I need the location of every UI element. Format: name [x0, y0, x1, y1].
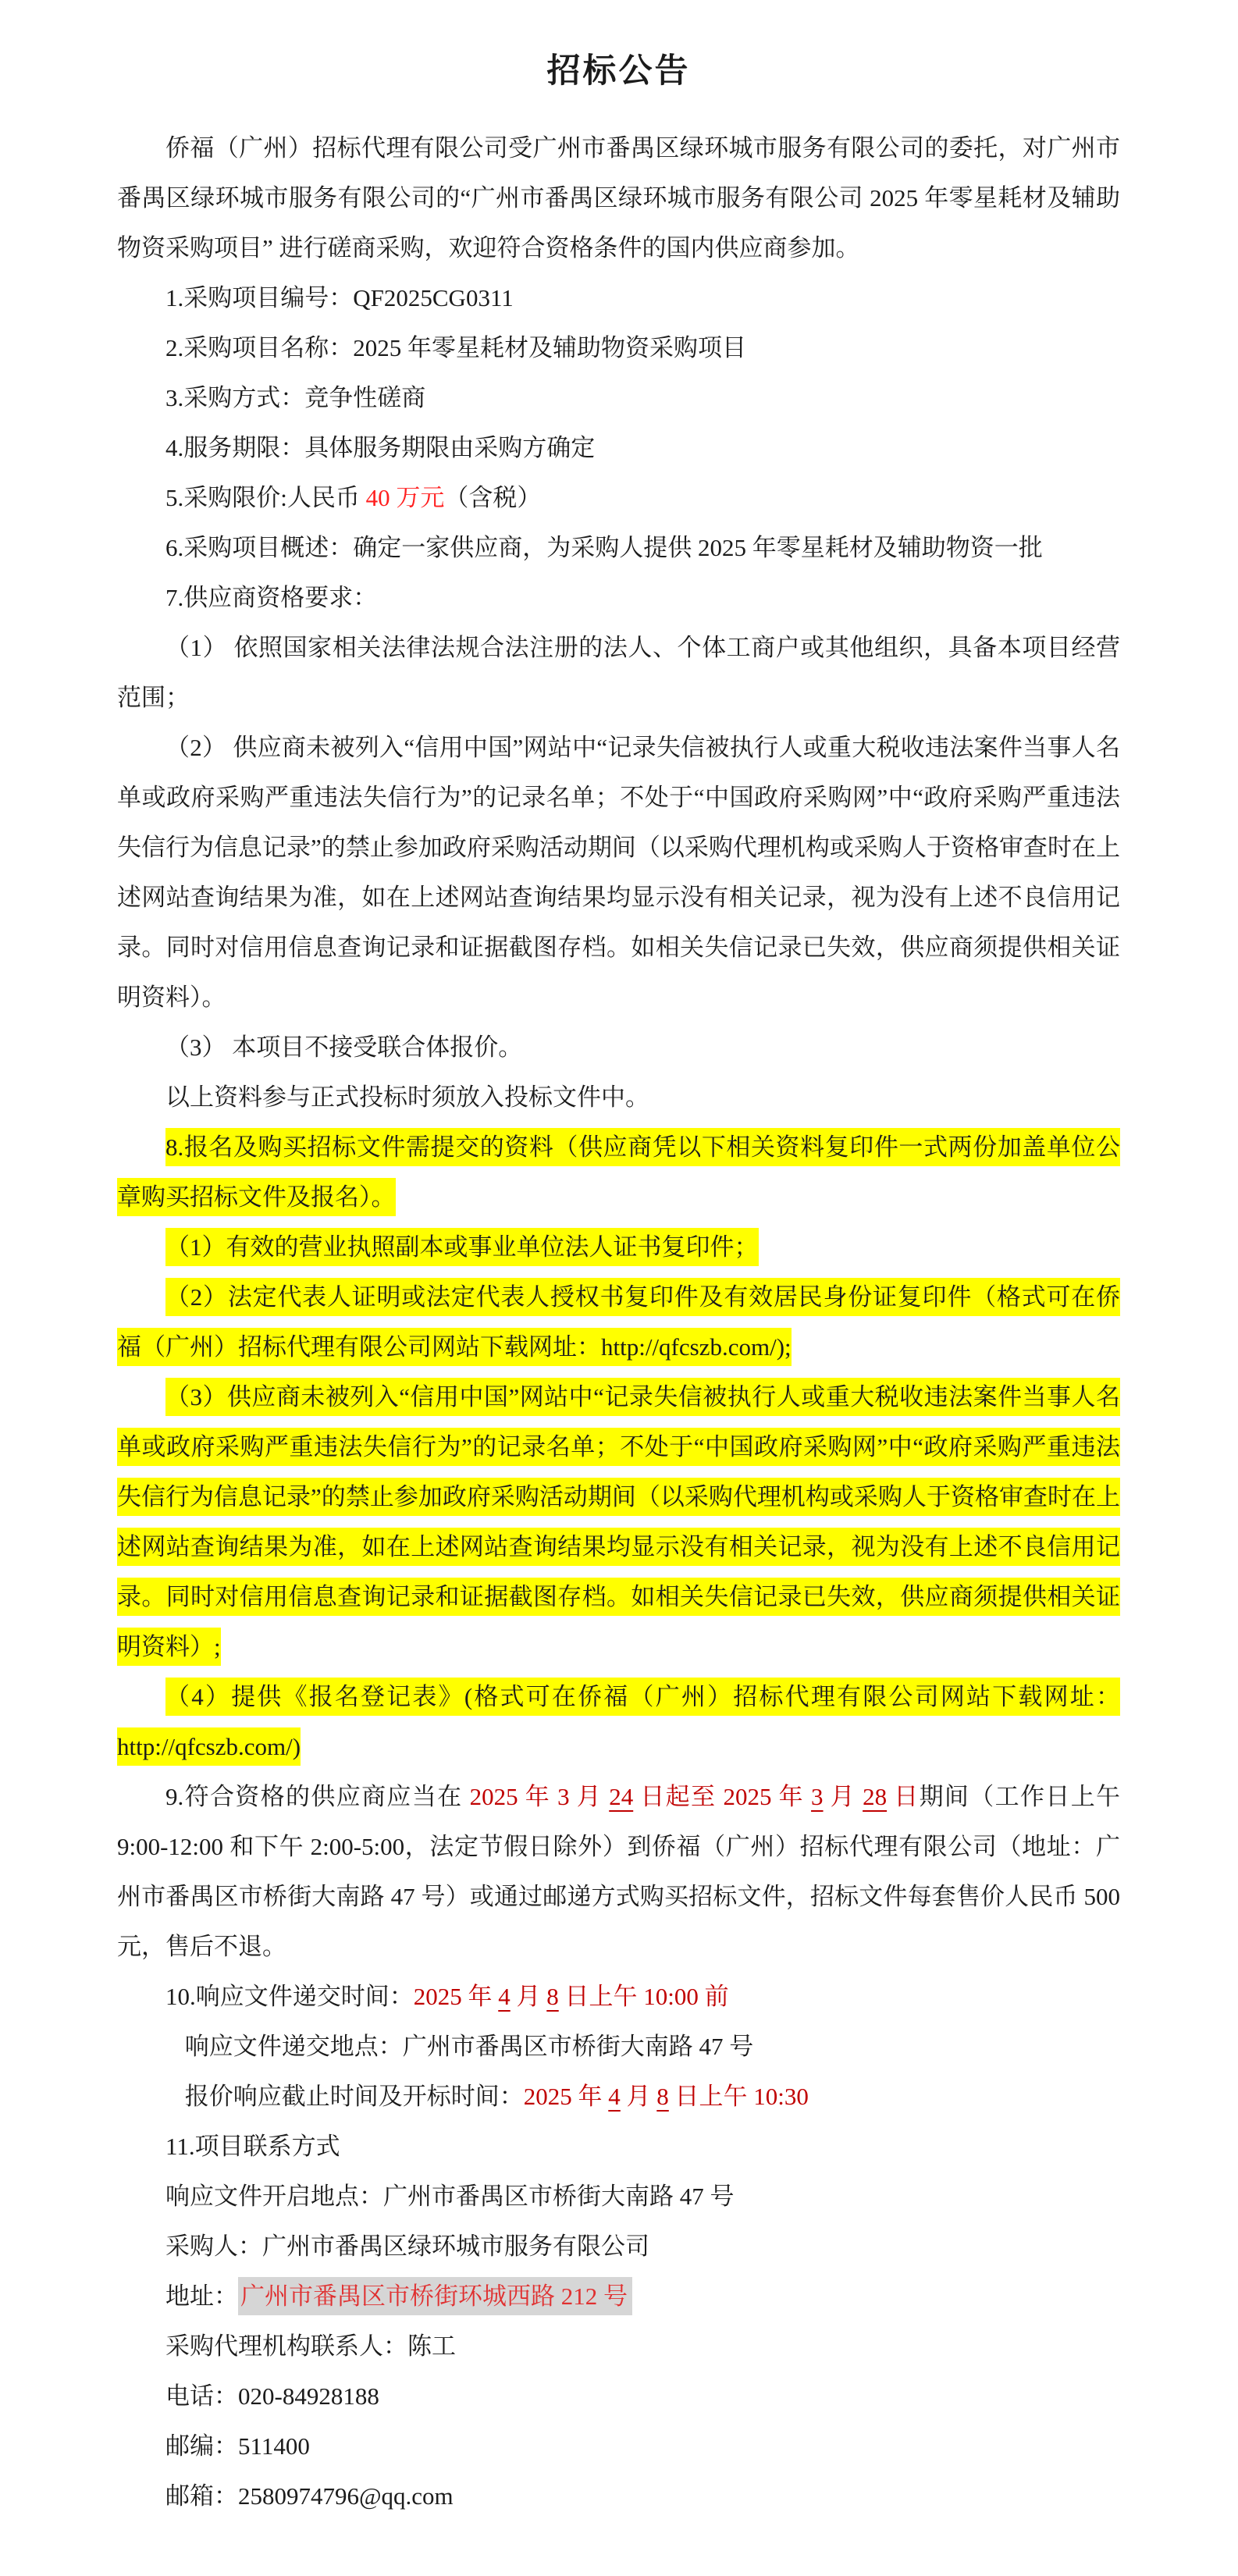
item-7-sub-1-run-0: （1） 依照国家相关法律法规合法注册的法人、个体工商户或其他组织，具备本项目经营…: [117, 634, 1120, 711]
item-10-submission-time-run-4: 8: [546, 1983, 559, 2010]
item-8-sub-1: （1）有效的营业执照副本或事业单位法人证书复印件；: [117, 1222, 1120, 1272]
item-8-registration-run-0: 8.报名及购买招标文件需提交的资料（供应商凭以下相关资料复印件一式两份加盖单位公…: [117, 1128, 1120, 1216]
item-7-supplier-qualifications-run-0: 7.供应商资格要求：: [165, 584, 377, 611]
contact-address-run-0: 地址：: [165, 2282, 238, 2310]
item-10-submission-place: 响应文件递交地点：广州市番禺区市桥街大南路 47 号: [117, 2022, 1120, 2072]
item-8-sub-1-run-0: （1）有效的营业执照副本或事业单位法人证书复印件；: [165, 1228, 759, 1266]
page-title: 招标公告: [117, 48, 1120, 95]
item-1-project-number-run-0: 1.采购项目编号：QF2025CG0311: [165, 284, 514, 311]
item-10-submission-time-run-1: 2025 年: [414, 1983, 499, 2010]
item-2-project-name: 2.采购项目名称：2025 年零星耗材及辅助物资采购项目: [117, 323, 1120, 373]
item-10-submission-time-run-2: 4: [498, 1983, 510, 2010]
contact-opening-place-run-0: 响应文件开启地点：广州市番禺区市桥街大南路 47 号: [165, 2183, 735, 2210]
item-3-procurement-method: 3.采购方式：竞争性磋商: [117, 373, 1120, 423]
contact-agency-person: 采购代理机构联系人：陈工: [117, 2322, 1120, 2371]
item-6-project-overview-run-0: 6.采购项目概述：确定一家供应商，为采购人提供 2025 年零星耗材及辅助物资一…: [165, 534, 1043, 561]
item-10-submission-time-run-3: 月: [510, 1983, 547, 2010]
item-7-sub-2-run-0: （2） 供应商未被列入“信用中国”网站中“记录失信被执行人或重大税收违法案件当事…: [117, 734, 1120, 1011]
item-8-sub-3: （3）供应商未被列入“信用中国”网站中“记录失信被执行人或重大税收违法案件当事人…: [117, 1372, 1120, 1672]
document-page: 招标公告 侨福（广州）招标代理有限公司受广州市番禺区绿环城市服务有限公司的委托，…: [0, 0, 1238, 2576]
item-1-project-number: 1.采购项目编号：QF2025CG0311: [117, 273, 1120, 323]
note-materials: 以上资料参与正式投标时须放入投标文件中。: [117, 1073, 1120, 1123]
item-11-contact-heading-run-0: 11.项目联系方式: [165, 2133, 340, 2160]
item-5-price-limit-run-2: （含税）: [444, 484, 541, 511]
contact-email: 邮箱：2580974796@qq.com: [117, 2471, 1120, 2521]
item-9-purchase-period-run-7: 日: [887, 1783, 919, 1810]
item-8-sub-2: （2）法定代表人证明或法定代表人授权书复印件及有效居民身份证复印件（格式可在侨福…: [117, 1272, 1120, 1372]
item-5-price-limit-run-0: 5.采购限价:人民币: [165, 484, 366, 511]
contact-purchaser-run-0: 采购人：广州市番禺区绿环城市服务有限公司: [165, 2233, 649, 2260]
item-10-deadline-run-0: 报价响应截止时间及开标时间：: [185, 2083, 524, 2110]
item-7-sub-1: （1） 依照国家相关法律法规合法注册的法人、个体工商户或其他组织，具备本项目经营…: [117, 623, 1120, 723]
document-body: 侨福（广州）招标代理有限公司受广州市番禺区绿环城市服务有限公司的委托，对广州市番…: [117, 123, 1120, 2521]
item-2-project-name-run-0: 2.采购项目名称：2025 年零星耗材及辅助物资采购项目: [165, 334, 746, 361]
item-7-sub-3-run-0: （3） 本项目不接受联合体报价。: [165, 1034, 522, 1061]
intro-paragraph-run-0: 侨福（广州）招标代理有限公司受广州市番禺区绿环城市服务有限公司的委托，对广州市番…: [117, 134, 1120, 262]
item-9-purchase-period-run-0: 9.符合资格的供应商应当在: [165, 1783, 470, 1810]
contact-phone: 电话：020-84928188: [117, 2371, 1120, 2421]
item-9-purchase-period-run-6: 28: [863, 1783, 887, 1810]
item-5-price-limit-run-1: 40 万元: [366, 484, 445, 511]
item-7-supplier-qualifications: 7.供应商资格要求：: [117, 573, 1120, 623]
item-8-sub-4: （4）提供《报名登记表》(格式可在侨福（广州）招标代理有限公司网站下载网址：ht…: [117, 1672, 1120, 1772]
item-8-registration: 8.报名及购买招标文件需提交的资料（供应商凭以下相关资料复印件一式两份加盖单位公…: [117, 1123, 1120, 1222]
item-10-deadline: 报价响应截止时间及开标时间：2025 年 4 月 8 日上午 10:30: [117, 2072, 1120, 2122]
item-7-sub-2: （2） 供应商未被列入“信用中国”网站中“记录失信被执行人或重大税收违法案件当事…: [117, 723, 1120, 1023]
item-3-procurement-method-run-0: 3.采购方式：竞争性磋商: [165, 384, 425, 411]
item-10-deadline-run-5: 日上午 10:30: [669, 2083, 809, 2110]
contact-postcode: 邮编：511400: [117, 2421, 1120, 2471]
item-10-deadline-run-3: 月: [621, 2083, 657, 2110]
contact-postcode-run-0: 邮编：511400: [165, 2432, 310, 2460]
item-9-purchase-period-run-4: 3: [811, 1783, 824, 1810]
item-10-deadline-run-1: 2025 年: [524, 2083, 609, 2110]
note-materials-run-0: 以上资料参与正式投标时须放入投标文件中。: [165, 1083, 649, 1111]
item-4-service-period: 4.服务期限：具体服务期限由采购方确定: [117, 423, 1120, 473]
contact-address-run-1: 广州市番禺区市桥街环城西路 212 号: [238, 2277, 632, 2315]
item-7-sub-3: （3） 本项目不接受联合体报价。: [117, 1023, 1120, 1073]
contact-purchaser: 采购人：广州市番禺区绿环城市服务有限公司: [117, 2222, 1120, 2272]
item-10-submission-time: 10.响应文件递交时间：2025 年 4 月 8 日上午 10:00 前: [117, 1972, 1120, 2022]
item-10-submission-time-run-5: 日上午 10:00 前: [559, 1983, 729, 2010]
item-9-purchase-period: 9.符合资格的供应商应当在 2025 年 3 月 24 日起至 2025 年 3…: [117, 1772, 1120, 1972]
contact-phone-run-0: 电话：020-84928188: [165, 2382, 379, 2410]
contact-address: 地址：广州市番禺区市桥街环城西路 212 号: [117, 2272, 1120, 2322]
item-9-purchase-period-run-3: 日起至 2025 年: [633, 1783, 811, 1810]
item-10-submission-time-run-0: 10.响应文件递交时间：: [165, 1983, 414, 2010]
item-8-sub-2-run-0: （2）法定代表人证明或法定代表人授权书复印件及有效居民身份证复印件（格式可在侨福…: [117, 1278, 1120, 1366]
contact-opening-place: 响应文件开启地点：广州市番禺区市桥街大南路 47 号: [117, 2172, 1120, 2222]
item-11-contact-heading: 11.项目联系方式: [117, 2122, 1120, 2172]
item-5-price-limit: 5.采购限价:人民币 40 万元（含税）: [117, 473, 1120, 523]
contact-email-run-0: 邮箱：2580974796@qq.com: [165, 2482, 454, 2510]
item-10-deadline-run-4: 8: [656, 2083, 669, 2110]
item-9-purchase-period-run-1: 2025 年 3 月: [470, 1783, 610, 1810]
item-6-project-overview: 6.采购项目概述：确定一家供应商，为采购人提供 2025 年零星耗材及辅助物资一…: [117, 523, 1120, 573]
contact-agency-person-run-0: 采购代理机构联系人：陈工: [165, 2332, 456, 2360]
item-9-purchase-period-run-5: 月: [824, 1783, 863, 1810]
item-8-sub-3-run-0: （3）供应商未被列入“信用中国”网站中“记录失信被执行人或重大税收违法案件当事人…: [117, 1378, 1120, 1666]
item-10-submission-place-run-0: 响应文件递交地点：广州市番禺区市桥街大南路 47 号: [185, 2033, 754, 2060]
item-8-sub-4-run-0: （4）提供《报名登记表》(格式可在侨福（广州）招标代理有限公司网站下载网址：ht…: [117, 1678, 1120, 1766]
item-4-service-period-run-0: 4.服务期限：具体服务期限由采购方确定: [165, 434, 595, 461]
intro-paragraph: 侨福（广州）招标代理有限公司受广州市番禺区绿环城市服务有限公司的委托，对广州市番…: [117, 123, 1120, 273]
item-10-deadline-run-2: 4: [608, 2083, 621, 2110]
item-9-purchase-period-run-2: 24: [609, 1783, 633, 1810]
